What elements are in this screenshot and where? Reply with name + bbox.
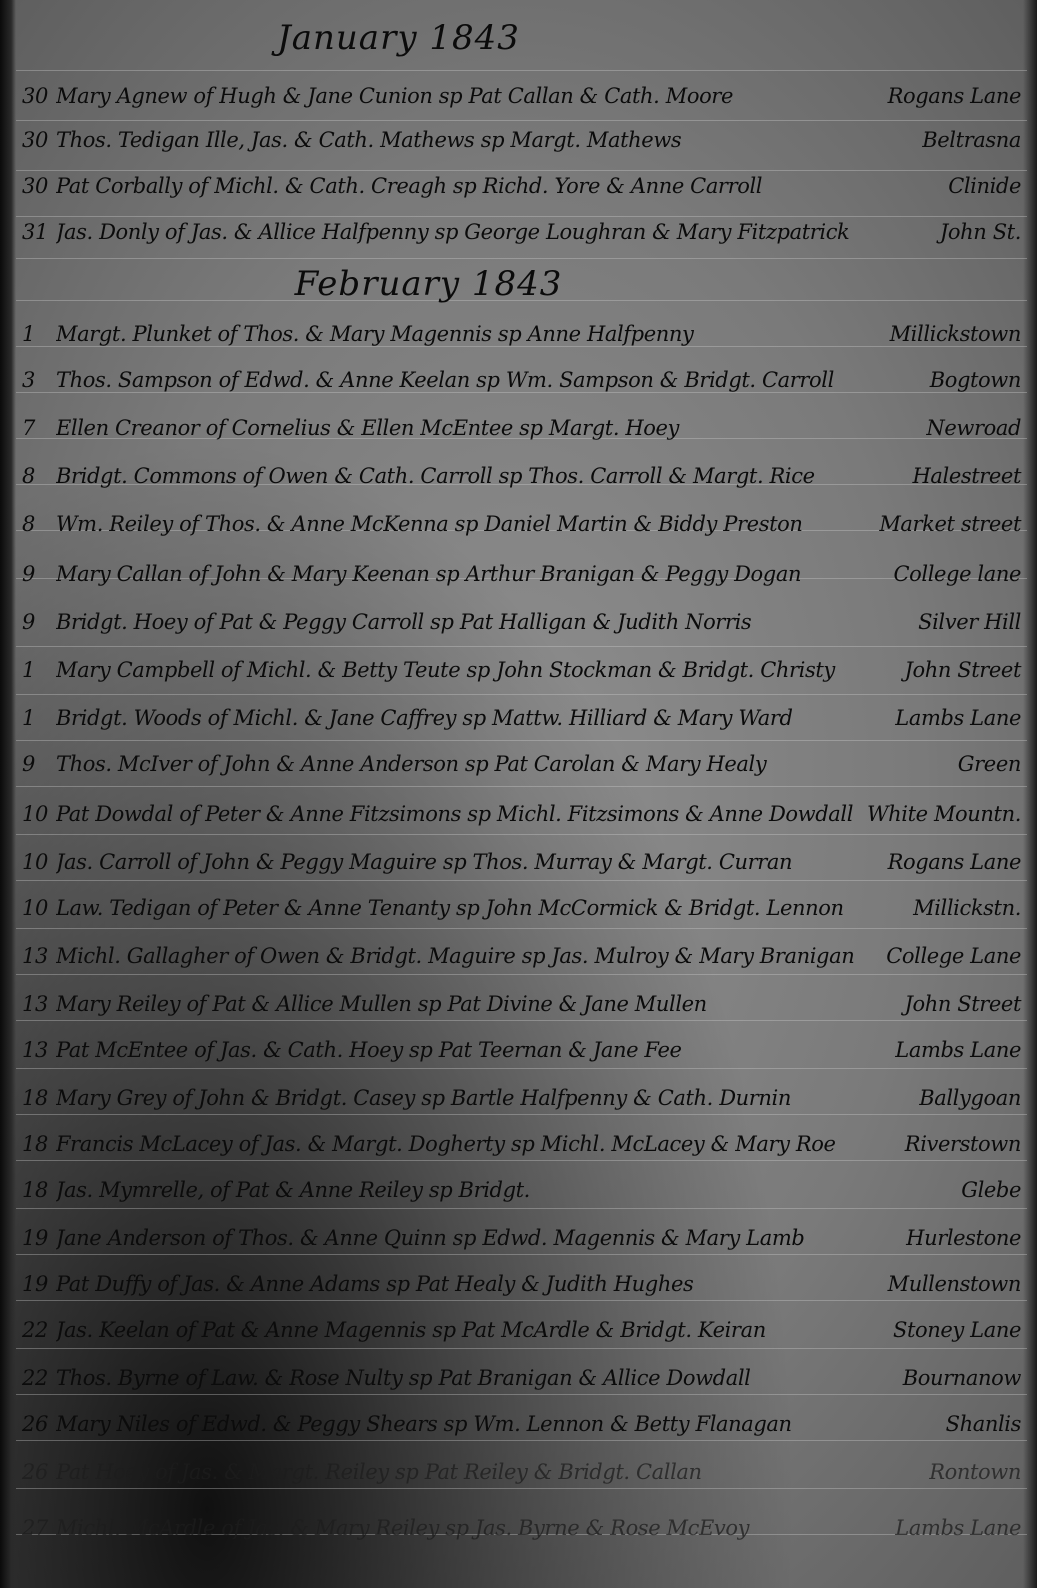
entry-day: 8 [22, 512, 56, 536]
entry-place: Lambs Lane [895, 1516, 1021, 1540]
register-entry: 10 Jas. Carroll of John & Peggy Maguire … [22, 834, 1021, 874]
entry-text: Margt. Plunket of Thos. & Mary Magennis … [56, 322, 880, 346]
entry-text: Pat Duffy of Jas. & Anne Adams sp Pat He… [56, 1272, 878, 1296]
entry-day: 13 [22, 1038, 56, 1062]
register-entry: 22 Thos. Byrne of Law. & Rose Nulty sp P… [22, 1350, 1021, 1390]
entry-text: Pat Corbally of Michl. & Cath. Creagh sp… [56, 174, 938, 198]
entry-day: 9 [22, 562, 56, 586]
register-entry: 3 Thos. Sampson of Edwd. & Anne Keelan s… [22, 352, 1021, 392]
ruled-line [16, 1020, 1027, 1021]
entry-text: Michl. Gallagher of Owen & Bridgt. Magui… [56, 944, 876, 968]
register-entry: 7 Ellen Creanor of Cornelius & Ellen McE… [22, 400, 1021, 440]
register-entry: 31 Jas. Donly of Jas. & Allice Halfpenny… [22, 204, 1021, 244]
register-entry: 1 Bridgt. Woods of Michl. & Jane Caffrey… [22, 690, 1021, 730]
entry-place: John Street [904, 658, 1021, 682]
register-entry: 13 Michl. Gallagher of Owen & Bridgt. Ma… [22, 928, 1021, 968]
entry-place: Millickstn. [913, 896, 1021, 920]
entry-place: Rontown [929, 1460, 1021, 1484]
entry-text: Ellen Creanor of Cornelius & Ellen McEnt… [56, 416, 916, 440]
entry-text: Jas. Keelan of Pat & Anne Magennis sp Pa… [56, 1318, 883, 1342]
register-entry: 30 Pat Corbally of Michl. & Cath. Creagh… [22, 158, 1021, 198]
entry-place: Lambs Lane [895, 1038, 1021, 1062]
register-entry: 13 Mary Reiley of Pat & Allice Mullen sp… [22, 976, 1021, 1016]
entry-place: College lane [893, 562, 1021, 586]
entry-day: 9 [22, 610, 56, 634]
register-entry: 18 Francis McLacey of Jas. & Margt. Dogh… [22, 1116, 1021, 1156]
entry-day: 13 [22, 992, 56, 1016]
entry-place: Mullenstown [888, 1272, 1021, 1296]
register-entry: 10 Pat Dowdal of Peter & Anne Fitzsimons… [22, 786, 1021, 826]
entry-place: Green [958, 752, 1021, 776]
entry-day: 30 [22, 174, 56, 198]
page-binding-edge [0, 0, 16, 1588]
entry-place: Rogans Lane [888, 850, 1021, 874]
entry-place: Millickstown [890, 322, 1021, 346]
entry-text: Jas. Donly of Jas. & Allice Halfpenny sp… [56, 220, 930, 244]
entry-place: Newroad [926, 416, 1021, 440]
register-entry: 26 Pat Hoey of Jas. & Margt. Reiley sp P… [22, 1444, 1021, 1484]
entry-text: Michl. McArdle of Jas. & Mary Reiley sp … [56, 1516, 885, 1540]
entry-place: Beltrasna [922, 128, 1021, 152]
entry-text: Law. Tedigan of Peter & Anne Tenanty sp … [56, 896, 903, 920]
register-entry: 18 Jas. Mymrelle, of Pat & Anne Reiley s… [22, 1162, 1021, 1202]
entry-place: Glebe [961, 1178, 1021, 1202]
entry-place: Market street [879, 512, 1021, 536]
entry-place: White Mountn. [867, 802, 1021, 826]
register-entry: 19 Jane Anderson of Thos. & Anne Quinn s… [22, 1210, 1021, 1250]
entry-day: 18 [22, 1178, 56, 1202]
entry-day: 26 [22, 1460, 56, 1484]
register-entry: 1 Margt. Plunket of Thos. & Mary Magenni… [22, 306, 1021, 346]
entry-place: Hurlestone [906, 1226, 1021, 1250]
entry-day: 1 [22, 706, 56, 730]
entry-text: Mary Reiley of Pat & Allice Mullen sp Pa… [56, 992, 894, 1016]
entry-text: Jas. Carroll of John & Peggy Maguire sp … [56, 850, 878, 874]
entry-place: Ballygoan [919, 1086, 1021, 1110]
register-entry: 27 Michl. McArdle of Jas. & Mary Reiley … [22, 1500, 1021, 1540]
entry-text: Pat McEntee of Jas. & Cath. Hoey sp Pat … [56, 1038, 885, 1062]
entry-text: Mary Campbell of Michl. & Betty Teute sp… [56, 658, 894, 682]
entry-place: Stoney Lane [893, 1318, 1021, 1342]
entry-day: 7 [22, 416, 56, 440]
entry-text: Wm. Reiley of Thos. & Anne McKenna sp Da… [56, 512, 869, 536]
entry-text: Jane Anderson of Thos. & Anne Quinn sp E… [56, 1226, 896, 1250]
ruled-line [16, 258, 1027, 259]
entry-day: 10 [22, 850, 56, 874]
ruled-line [16, 1300, 1027, 1301]
entry-day: 30 [22, 128, 56, 152]
entry-place: Halestreet [912, 464, 1021, 488]
entry-text: Mary Agnew of Hugh & Jane Cunion sp Pat … [56, 84, 878, 108]
entry-day: 31 [22, 220, 56, 244]
entry-text: Mary Callan of John & Mary Keenan sp Art… [56, 562, 883, 586]
ruled-line [16, 1394, 1027, 1395]
entry-text: Francis McLacey of Jas. & Margt. Doghert… [56, 1132, 895, 1156]
entry-place: Rogans Lane [888, 84, 1021, 108]
register-entry: 18 Mary Grey of John & Bridgt. Casey sp … [22, 1070, 1021, 1110]
register-page: January 1843 30 Mary Agnew of Hugh & Jan… [0, 0, 1037, 1588]
entry-text: Bridgt. Hoey of Pat & Peggy Carroll sp P… [56, 610, 908, 634]
ruled-line [16, 1160, 1027, 1161]
month-heading-february: February 1843 [0, 264, 947, 304]
entry-text: Thos. McIver of John & Anne Anderson sp … [56, 752, 948, 776]
register-entry: 8 Wm. Reiley of Thos. & Anne McKenna sp … [22, 496, 1021, 536]
entry-day: 13 [22, 944, 56, 968]
entry-day: 30 [22, 84, 56, 108]
entry-text: Bridgt. Woods of Michl. & Jane Caffrey s… [56, 706, 885, 730]
entry-place: Bournanow [903, 1366, 1021, 1390]
entry-place: Lambs Lane [895, 706, 1021, 730]
entry-text: Thos. Tedigan Ille, Jas. & Cath. Mathews… [56, 128, 912, 152]
entry-day: 26 [22, 1412, 56, 1436]
ruled-line [16, 346, 1027, 347]
page-right-edge [1023, 0, 1037, 1588]
entry-day: 18 [22, 1086, 56, 1110]
ruled-line [16, 1068, 1027, 1069]
entry-day: 10 [22, 802, 56, 826]
entry-text: Pat Hoey of Jas. & Margt. Reiley sp Pat … [56, 1460, 919, 1484]
entry-place: Bogtown [930, 368, 1021, 392]
ruled-line [16, 1488, 1027, 1489]
register-entry: 30 Thos. Tedigan Ille, Jas. & Cath. Math… [22, 112, 1021, 152]
entry-text: Thos. Byrne of Law. & Rose Nulty sp Pat … [56, 1366, 893, 1390]
entry-place: Clinide [948, 174, 1021, 198]
register-entry: 26 Mary Niles of Edwd. & Peggy Shears sp… [22, 1396, 1021, 1436]
ruled-line [16, 1440, 1027, 1441]
register-entry: 13 Pat McEntee of Jas. & Cath. Hoey sp P… [22, 1022, 1021, 1062]
entry-day: 19 [22, 1226, 56, 1250]
register-entry: 9 Thos. McIver of John & Anne Anderson s… [22, 736, 1021, 776]
register-entry: 19 Pat Duffy of Jas. & Anne Adams sp Pat… [22, 1256, 1021, 1296]
register-entry: 9 Mary Callan of John & Mary Keenan sp A… [22, 546, 1021, 586]
entry-day: 1 [22, 658, 56, 682]
ruled-line [16, 1254, 1027, 1255]
entry-place: John Street [904, 992, 1021, 1016]
entry-day: 1 [22, 322, 56, 346]
entry-text: Mary Niles of Edwd. & Peggy Shears sp Wm… [56, 1412, 936, 1436]
register-entry: 30 Mary Agnew of Hugh & Jane Cunion sp P… [22, 68, 1021, 108]
register-entry: 10 Law. Tedigan of Peter & Anne Tenanty … [22, 880, 1021, 920]
entry-text: Pat Dowdal of Peter & Anne Fitzsimons sp… [56, 802, 857, 826]
register-entry: 8 Bridgt. Commons of Owen & Cath. Carrol… [22, 448, 1021, 488]
entry-day: 22 [22, 1366, 56, 1390]
register-entry: 1 Mary Campbell of Michl. & Betty Teute … [22, 642, 1021, 682]
entry-text: Bridgt. Commons of Owen & Cath. Carroll … [56, 464, 902, 488]
entry-day: 9 [22, 752, 56, 776]
entry-place: Silver Hill [918, 610, 1021, 634]
entry-day: 27 [22, 1516, 56, 1540]
entry-day: 10 [22, 896, 56, 920]
ruled-line [16, 974, 1027, 975]
entry-place: Shanlis [946, 1412, 1021, 1436]
ruled-line [16, 392, 1027, 393]
entry-place: College Lane [886, 944, 1021, 968]
register-entry: 22 Jas. Keelan of Pat & Anne Magennis sp… [22, 1302, 1021, 1342]
ruled-line [16, 1348, 1027, 1349]
entry-text: Jas. Mymrelle, of Pat & Anne Reiley sp B… [56, 1178, 951, 1202]
ruled-line [16, 1208, 1027, 1209]
entry-text: Thos. Sampson of Edwd. & Anne Keelan sp … [56, 368, 920, 392]
entry-day: 18 [22, 1132, 56, 1156]
entry-place: Riverstown [905, 1132, 1021, 1156]
entry-day: 19 [22, 1272, 56, 1296]
month-heading-january: January 1843 [0, 18, 917, 58]
entry-day: 3 [22, 368, 56, 392]
entry-text: Mary Grey of John & Bridgt. Casey sp Bar… [56, 1086, 909, 1110]
entry-day: 8 [22, 464, 56, 488]
entry-place: John St. [940, 220, 1021, 244]
ruled-line [16, 1114, 1027, 1115]
entry-day: 22 [22, 1318, 56, 1342]
register-entry: 9 Bridgt. Hoey of Pat & Peggy Carroll sp… [22, 594, 1021, 634]
